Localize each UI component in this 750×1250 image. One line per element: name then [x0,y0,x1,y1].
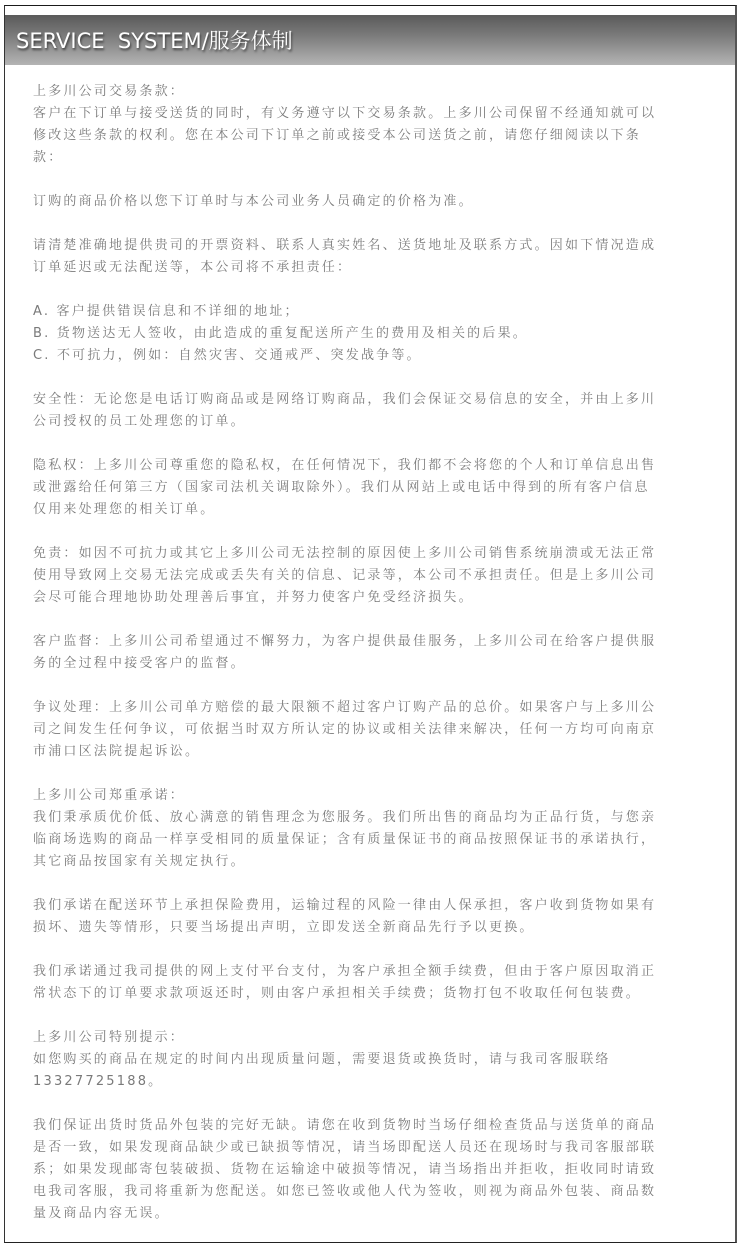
terms-line: 务的全过程中接受客户的监督。 [33,653,721,675]
terms-paragraph: 安全性：无论您是电话订购商品或是网络订购商品，我们会保证交易信息的安全，并由上多… [33,389,721,433]
terms-line: 常状态下的订单要求款项返还时，则由客户承担相关手续费；货物打包不收取任何包装费。 [33,983,721,1005]
terms-paragraph: 客户监督：上多川公司希望通过不懈努力，为客户提供最佳服务，上多川公司在给客户提供… [33,631,721,675]
terms-line: 电我司客服，我司将重新为您配送。如您已签收或他人代为签收，则视为商品外包装、商品… [33,1181,721,1203]
terms-line: A. 客户提供错误信息和不详细的地址； [33,301,721,323]
terms-line: 修改这些条款的权利。您在本公司下订单之前或接受本公司送货之前，请您仔细阅读以下条 [33,125,721,147]
terms-line: 我们秉承质优价低、放心满意的销售理念为您服务。我们所出售的商品均为正品行货，与您… [33,807,721,829]
terms-paragraph: A. 客户提供错误信息和不详细的地址；B. 货物送达无人签收，由此造成的重复配送… [33,301,721,367]
terms-line: 隐私权：上多川公司尊重您的隐私权，在任何情况下，我们都不会将您的个人和订单信息出… [33,455,721,477]
terms-line: 上多川公司交易条款： [33,81,721,103]
terms-paragraph: 请清楚准确地提供贵司的开票资料、联系人真实姓名、送货地址及联系方式。因如下情况造… [33,235,721,279]
terms-line: 市浦口区法院提起诉讼。 [33,741,721,763]
terms-line: 是否一致，如果发现商品缺少或已缺损等情况，请当场即配送人员还在现场时与我司客服部… [33,1137,721,1159]
terms-line: 上多川公司郑重承诺： [33,785,721,807]
terms-line: 如您购买的商品在规定的时间内出现质量问题，需要退货或换货时，请与我司客服联络 [33,1049,721,1071]
terms-paragraph: 争议处理：上多川公司单方赔偿的最大限额不超过客户订购产品的总价。如果客户与上多川… [33,697,721,763]
terms-line: 我们承诺在配送环节上承担保险费用，运输过程的风险一律由人保承担，客户收到货物如果… [33,895,721,917]
terms-line: 款： [33,147,721,169]
terms-line: 订单延迟或无法配送等，本公司将不承担责任： [33,257,721,279]
terms-paragraph: 订购的商品价格以您下订单时与本公司业务人员确定的价格为准。 [33,191,721,213]
terms-line: 请清楚准确地提供贵司的开票资料、联系人真实姓名、送货地址及联系方式。因如下情况造… [33,235,721,257]
terms-line: B. 货物送达无人签收，由此造成的重复配送所产生的费用及相关的后果。 [33,323,721,345]
terms-paragraph: 上多川公司郑重承诺：我们秉承质优价低、放心满意的销售理念为您服务。我们所出售的商… [33,785,721,873]
section-header: SERVICE SYSTEM/服务体制 [5,15,735,65]
terms-paragraph: 隐私权：上多川公司尊重您的隐私权，在任何情况下，我们都不会将您的个人和订单信息出… [33,455,721,521]
terms-line: 司之间发生任何争议，可依据当时双方所认定的协议或相关法律来解决，任何一方均可向南… [33,719,721,741]
terms-paragraph: 上多川公司交易条款：客户在下订单与接受送货的同时，有义务遵守以下交易条款。上多川… [33,81,721,169]
terms-line: 量及商品内容无误。 [33,1203,721,1225]
terms-paragraph: 我们保证出货时货品外包装的完好无缺。请您在收到货物时当场仔细检查货品与送货单的商… [33,1115,721,1225]
terms-line: 我们保证出货时货品外包装的完好无缺。请您在收到货物时当场仔细检查货品与送货单的商… [33,1115,721,1137]
terms-line: 损坏、遗失等情形，只要当场提出声明，立即发送全新商品先行予以更换。 [33,917,721,939]
terms-line: 客户监督：上多川公司希望通过不懈努力，为客户提供最佳服务，上多川公司在给客户提供… [33,631,721,653]
terms-line: 客户在下订单与接受送货的同时，有义务遵守以下交易条款。上多川公司保留不经通知就可… [33,103,721,125]
terms-line: 系；如果发现邮寄包装破损、货物在运输途中破损等情况，请当场指出并拒收，拒收同时请… [33,1159,721,1181]
terms-line: 争议处理：上多川公司单方赔偿的最大限额不超过客户订购产品的总价。如果客户与上多川… [33,697,721,719]
terms-line: C. 不可抗力，例如：自然灾害、交通戒严、突发战争等。 [33,345,721,367]
terms-line: 免责：如因不可抗力或其它上多川公司无法控制的原因使上多川公司销售系统崩溃或无法正… [33,543,721,565]
terms-paragraph: 我们承诺在配送环节上承担保险费用，运输过程的风险一律由人保承担，客户收到货物如果… [33,895,721,939]
terms-line: 安全性：无论您是电话订购商品或是网络订购商品，我们会保证交易信息的安全，并由上多… [33,389,721,411]
terms-line: 使用导致网上交易无法完成或丢失有关的信息、记录等，本公司不承担责任。但是上多川公… [33,565,721,587]
service-system-panel: SERVICE SYSTEM/服务体制 上多川公司交易条款：客户在下订单与接受送… [4,5,737,1243]
terms-content: 上多川公司交易条款：客户在下订单与接受送货的同时，有义务遵守以下交易条款。上多川… [33,81,721,1247]
terms-line: 临商场选购的商品一样享受相同的质量保证；含有质量保证书的商品按照保证书的承诺执行… [33,829,721,851]
terms-line: 公司授权的员工处理您的订单。 [33,411,721,433]
terms-line: 我们承诺通过我司提供的网上支付平台支付，为客户承担全额手续费，但由于客户原因取消… [33,961,721,983]
section-title: SERVICE SYSTEM/服务体制 [16,25,293,55]
terms-line: 订购的商品价格以您下订单时与本公司业务人员确定的价格为准。 [33,191,721,213]
terms-line: 仅用来处理您的相关订单。 [33,499,721,521]
terms-paragraph: 我们承诺通过我司提供的网上支付平台支付，为客户承担全额手续费，但由于客户原因取消… [33,961,721,1005]
terms-line: 会尽可能合理地协助处理善后事宜，并努力使客户免受经济损失。 [33,587,721,609]
terms-line: 上多川公司特别提示： [33,1027,721,1049]
terms-line: 或泄露给任何第三方（国家司法机关调取除外）。我们从网站上或电话中得到的所有客户信… [33,477,721,499]
terms-line: 13327725188。 [33,1071,721,1093]
terms-line: 其它商品按国家有关规定执行。 [33,851,721,873]
terms-paragraph: 上多川公司特别提示：如您购买的商品在规定的时间内出现质量问题，需要退货或换货时，… [33,1027,721,1093]
terms-paragraph: 免责：如因不可抗力或其它上多川公司无法控制的原因使上多川公司销售系统崩溃或无法正… [33,543,721,609]
